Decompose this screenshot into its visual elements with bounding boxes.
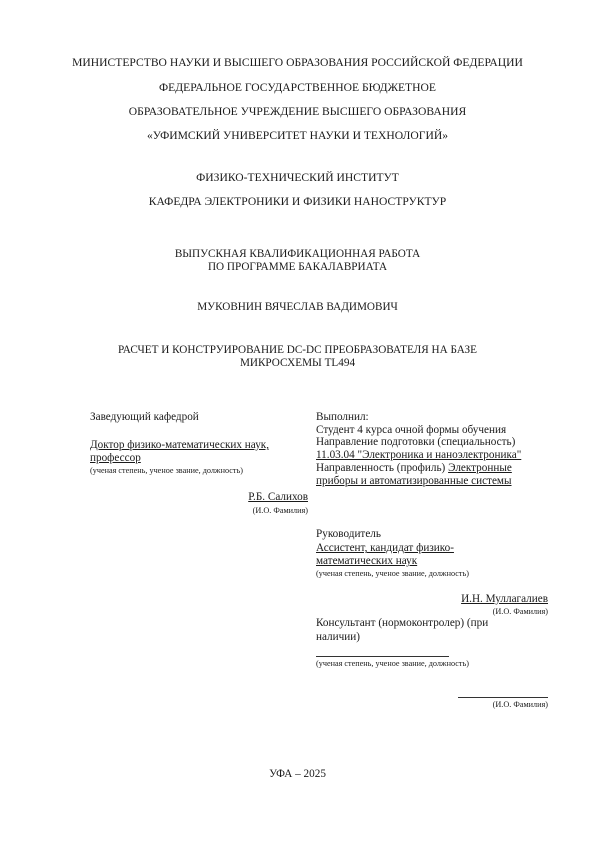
thesis-title-line-1: РАСЧЕТ И КОНСТРУИРОВАНИЕ DC-DC ПРЕОБРАЗО… xyxy=(0,344,595,357)
direction-value: 11.03.04 "Электроника и наноэлектроника" xyxy=(316,449,521,462)
head-degree-line-1: Доктор физико-математических наук, xyxy=(90,439,269,452)
work-type-line-2: ПО ПРОГРАММЕ БАКАЛАВРИАТА xyxy=(0,261,595,274)
consultant-label-line-1: Консультант (нормоконтролер) (при xyxy=(316,617,488,630)
head-degree-line-2: профессор xyxy=(90,452,141,465)
work-type-line-1: ВЫПУСКНАЯ КВАЛИФИКАЦИОННАЯ РАБОТА xyxy=(0,248,595,261)
supervisor-label: Руководитель xyxy=(316,528,381,541)
supervisor-degree-line-1: Ассистент, кандидат физико- xyxy=(316,542,454,555)
supervisor-degree-line-2: математических наук xyxy=(316,555,417,568)
profile-value-line-1: Электронные xyxy=(448,462,512,474)
consultant-label-line-2: наличии) xyxy=(316,631,360,644)
performer-label: Выполнил: xyxy=(316,411,369,424)
consultant-degree-caption: (ученая степень, ученое звание, должност… xyxy=(316,659,469,668)
profile-label: Направленность (профиль) xyxy=(316,462,448,474)
head-degree-caption: (ученая степень, ученое звание, должност… xyxy=(90,466,243,475)
institution-line-1: ФЕДЕРАЛЬНОЕ ГОСУДАРСТВЕННОЕ БЮДЖЕТНОЕ xyxy=(0,81,595,94)
supervisor-name: И.Н. Муллагалиев xyxy=(400,593,548,606)
consultant-name-signature-line xyxy=(458,697,548,698)
thesis-title-line-2: МИКРОСХЕМЫ TL494 xyxy=(0,357,595,370)
consultant-degree-signature-line xyxy=(316,656,449,657)
consultant-name-caption: (И.О. Фамилия) xyxy=(400,700,548,709)
direction-label: Направление подготовки (специальность) xyxy=(316,436,515,449)
head-name-caption: (И.О. Фамилия) xyxy=(180,506,308,515)
city-year: УФА – 2025 xyxy=(0,768,595,781)
profile-value-line-2: приборы и автоматизированные системы xyxy=(316,475,512,488)
department-name: КАФЕДРА ЭЛЕКТРОНИКИ И ФИЗИКИ НАНОСТРУКТУ… xyxy=(0,195,595,208)
institute-name: ФИЗИКО-ТЕХНИЧЕСКИЙ ИНСТИТУТ xyxy=(0,171,595,184)
ministry-heading: МИНИСТЕРСТВО НАУКИ И ВЫСШЕГО ОБРАЗОВАНИЯ… xyxy=(0,56,595,69)
student-info: Студент 4 курса очной формы обучения xyxy=(316,424,506,437)
profile-line: Направленность (профиль) Электронные xyxy=(316,462,512,475)
head-of-department-label: Заведующий кафедрой xyxy=(90,411,199,424)
supervisor-name-caption: (И.О. Фамилия) xyxy=(400,607,548,616)
head-name: Р.Б. Салихов xyxy=(180,491,308,504)
supervisor-degree-caption: (ученая степень, ученое звание, должност… xyxy=(316,569,469,578)
institution-line-2: ОБРАЗОВАТЕЛЬНОЕ УЧРЕЖДЕНИЕ ВЫСШЕГО ОБРАЗ… xyxy=(0,105,595,118)
university-name: «УФИМСКИЙ УНИВЕРСИТЕТ НАУКИ И ТЕХНОЛОГИЙ… xyxy=(0,129,595,142)
author-name: МУКОВНИН ВЯЧЕСЛАВ ВАДИМОВИЧ xyxy=(0,301,595,314)
